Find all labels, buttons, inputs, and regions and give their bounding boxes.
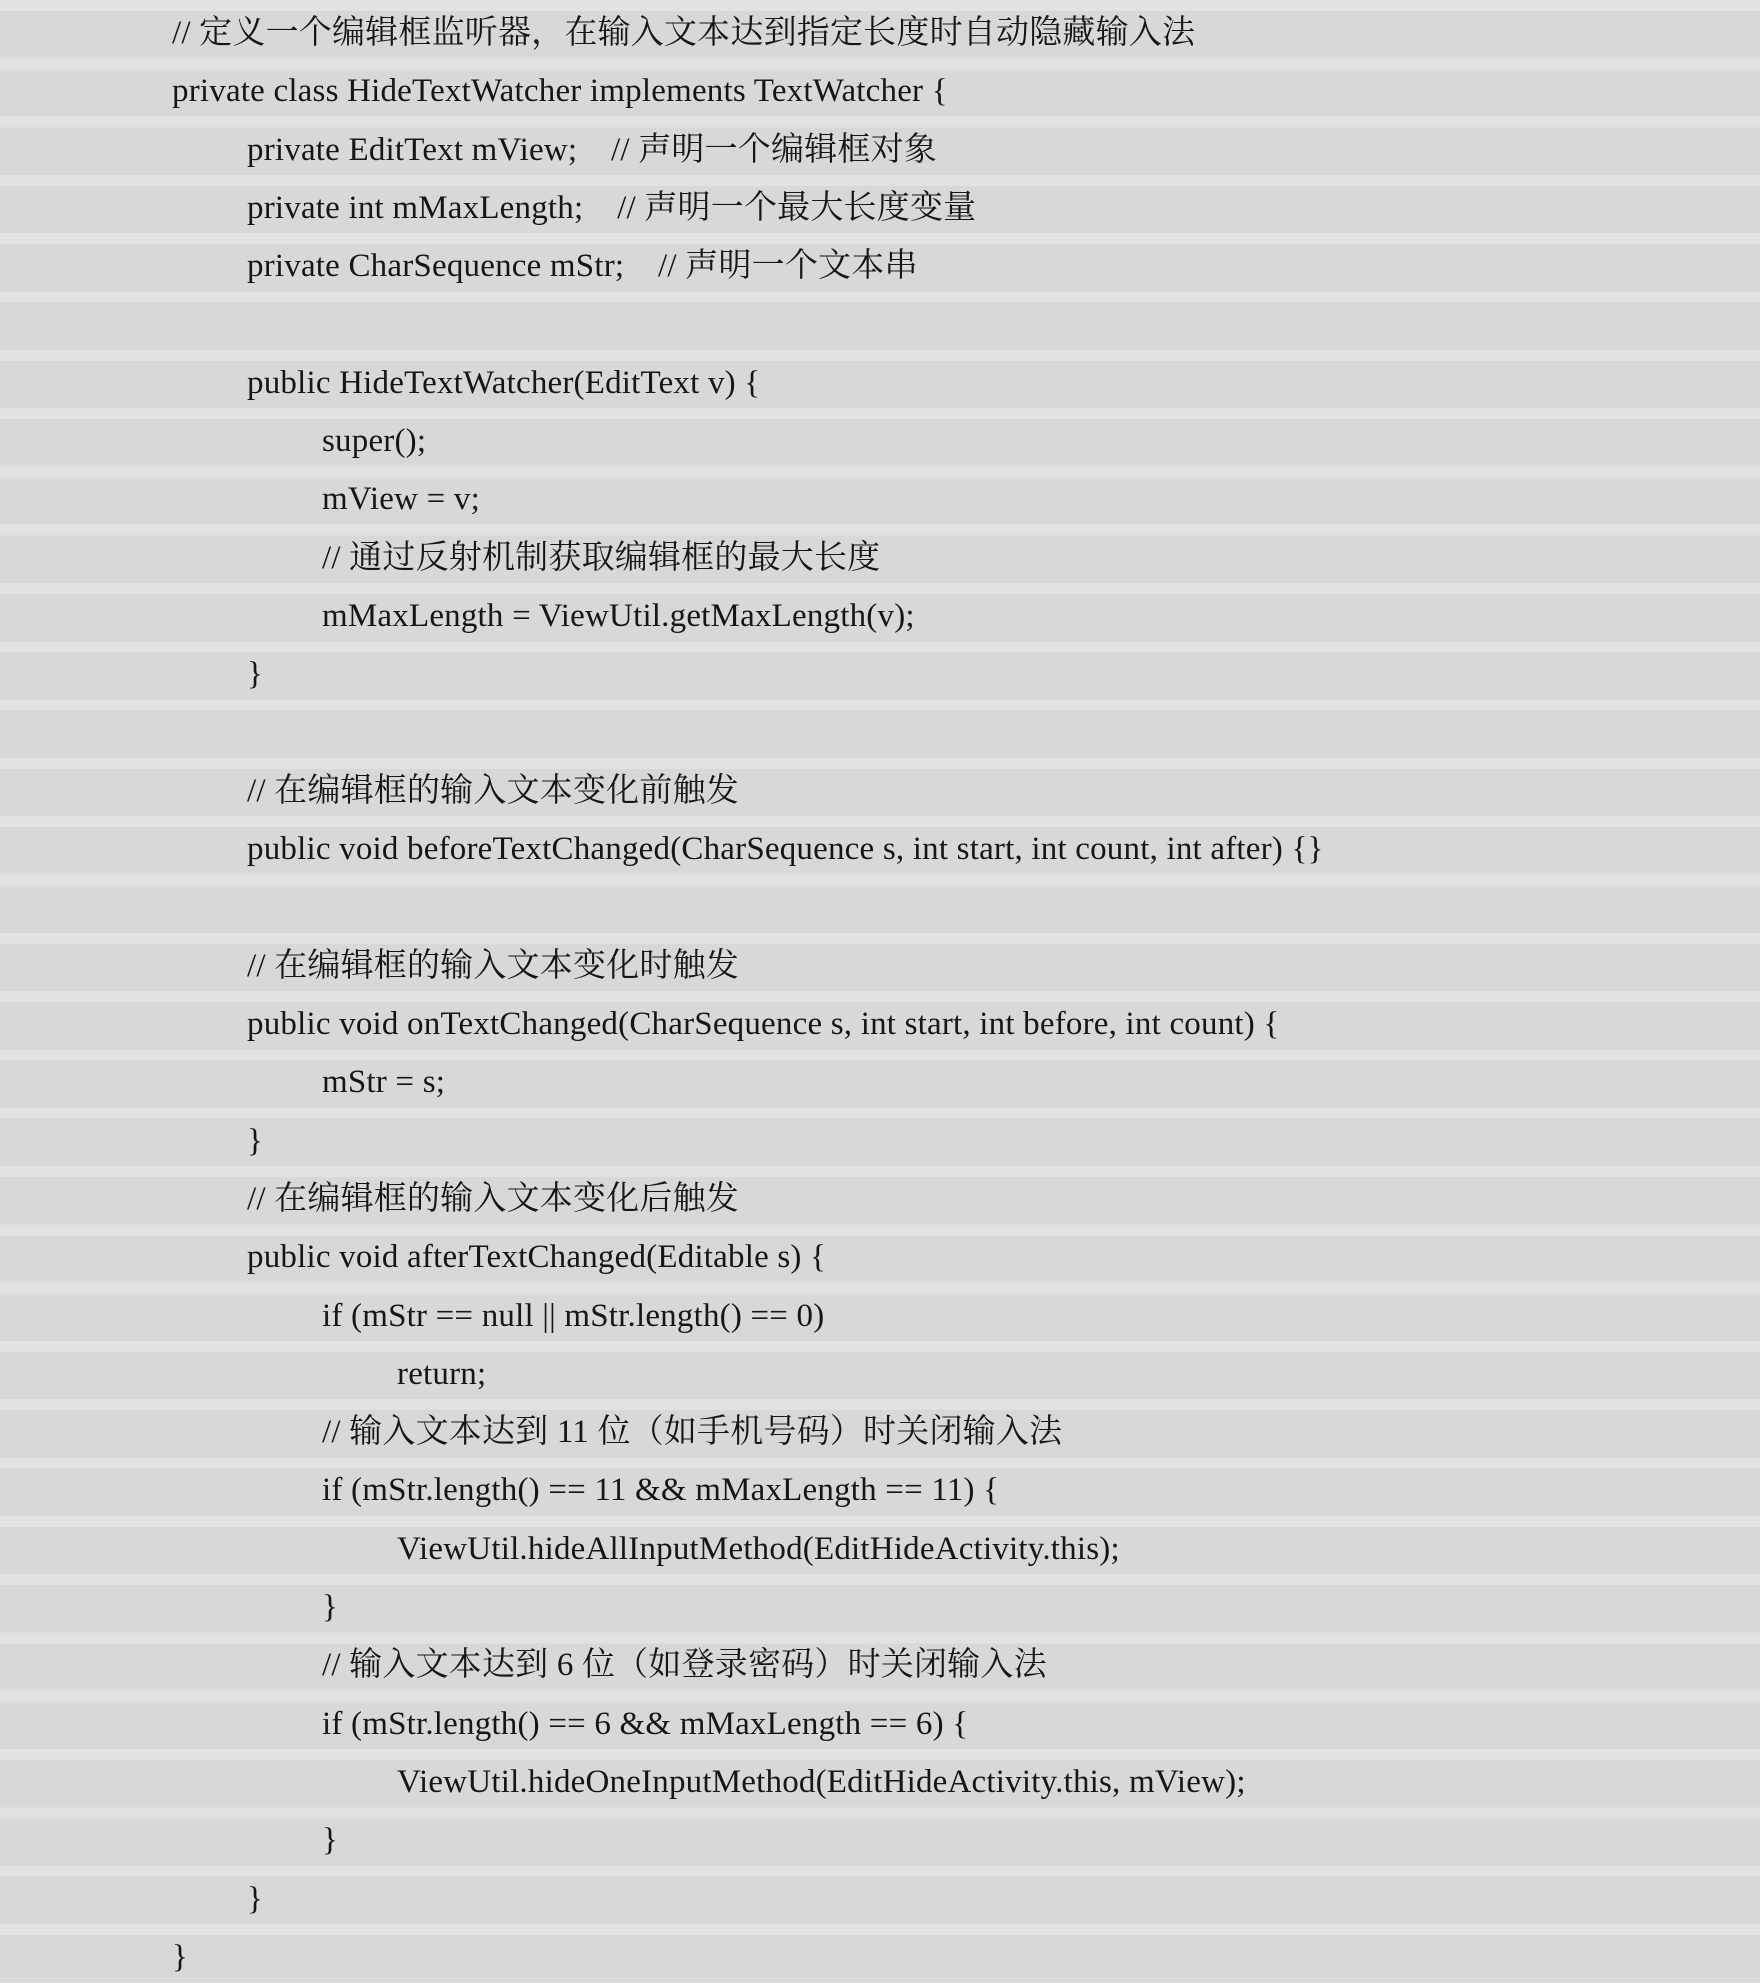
code-line: super(); xyxy=(0,412,1760,470)
code-line: // 通过反射机制获取编辑框的最大长度 xyxy=(0,529,1760,587)
code-line: } xyxy=(0,645,1760,703)
code-line: } xyxy=(0,1578,1760,1636)
code-line: private EditText mView; // 声明一个编辑框对象 xyxy=(0,121,1760,179)
code-line: private int mMaxLength; // 声明一个最大长度变量 xyxy=(0,179,1760,237)
code-line: // 在编辑框的输入文本变化前触发 xyxy=(0,762,1760,820)
code-line: public void beforeTextChanged(CharSequen… xyxy=(0,820,1760,878)
code-line: // 在编辑框的输入文本变化时触发 xyxy=(0,937,1760,995)
code-line: private CharSequence mStr; // 声明一个文本串 xyxy=(0,237,1760,295)
code-line-blank xyxy=(0,295,1760,353)
code-listing: // 定义一个编辑框监听器，在输入文本达到指定长度时自动隐藏输入法private… xyxy=(0,0,1760,1983)
code-line: // 定义一个编辑框监听器，在输入文本达到指定长度时自动隐藏输入法 xyxy=(0,4,1760,62)
code-line: public void afterTextChanged(Editable s)… xyxy=(0,1228,1760,1286)
code-line: mView = v; xyxy=(0,470,1760,528)
code-line: public HideTextWatcher(EditText v) { xyxy=(0,354,1760,412)
code-line: // 在编辑框的输入文本变化后触发 xyxy=(0,1170,1760,1228)
code-line: ViewUtil.hideAllInputMethod(EditHideActi… xyxy=(0,1520,1760,1578)
code-line: } xyxy=(0,1928,1760,1983)
code-line: return; xyxy=(0,1345,1760,1403)
code-line: mStr = s; xyxy=(0,1053,1760,1111)
code-line: } xyxy=(0,1811,1760,1869)
code-line: if (mStr == null || mStr.length() == 0) xyxy=(0,1287,1760,1345)
code-line: if (mStr.length() == 11 && mMaxLength ==… xyxy=(0,1461,1760,1519)
code-line: ViewUtil.hideOneInputMethod(EditHideActi… xyxy=(0,1753,1760,1811)
code-line: } xyxy=(0,1870,1760,1928)
code-line: // 输入文本达到 11 位（如手机号码）时关闭输入法 xyxy=(0,1403,1760,1461)
code-line-blank xyxy=(0,704,1760,762)
code-line: } xyxy=(0,1112,1760,1170)
code-line: if (mStr.length() == 6 && mMaxLength == … xyxy=(0,1695,1760,1753)
code-line: private class HideTextWatcher implements… xyxy=(0,62,1760,120)
code-line: mMaxLength = ViewUtil.getMaxLength(v); xyxy=(0,587,1760,645)
code-line: public void onTextChanged(CharSequence s… xyxy=(0,995,1760,1053)
code-line: // 输入文本达到 6 位（如登录密码）时关闭输入法 xyxy=(0,1636,1760,1694)
code-line-blank xyxy=(0,878,1760,936)
